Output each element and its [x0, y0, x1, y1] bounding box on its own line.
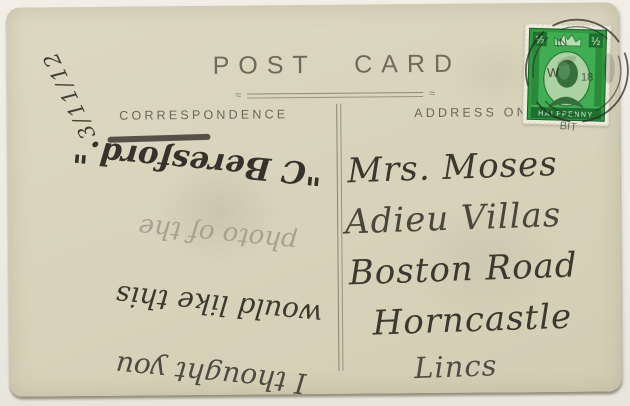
stamp-banner-text: HALFPENNY [538, 111, 594, 119]
stamp-artwork: ½ ½ HALFPENNY [522, 23, 613, 127]
post-card-title: POST CARD [197, 50, 477, 81]
message-line: "C Beresford." [31, 118, 325, 202]
message-line: photo of the [24, 188, 300, 270]
denomination-left: ½ [535, 34, 545, 46]
postcard-back: POST CARD ≈ ≈ CORRESPONDENCE ADDRESS ONL… [6, 2, 621, 396]
postage-stamp: ½ ½ HALFPENNY [522, 23, 613, 127]
message-line: would like this [17, 258, 325, 343]
denomination-right: ½ [591, 35, 601, 47]
handwritten-address-block: Mrs. Moses Adieu Villas Boston Road Horn… [342, 137, 630, 391]
center-divider-line [336, 104, 343, 371]
message-line: I thought you [11, 327, 309, 406]
correspondence-label: CORRESPONDENCE [119, 107, 288, 122]
title-rule-line [247, 92, 423, 99]
rule-end-ornament-left: ≈ [235, 92, 241, 100]
scanned-postcard-photo: POST CARD ≈ ≈ CORRESPONDENCE ADDRESS ONL… [0, 0, 630, 406]
title-underline: ≈ ≈ [235, 90, 435, 100]
address-line-town: Horncastle [372, 289, 630, 349]
handwritten-message-upside-down: I thought you would like this photo of t… [11, 118, 341, 406]
address-line-county: Lincs [413, 340, 630, 388]
rule-end-ornament-right: ≈ [429, 90, 435, 98]
